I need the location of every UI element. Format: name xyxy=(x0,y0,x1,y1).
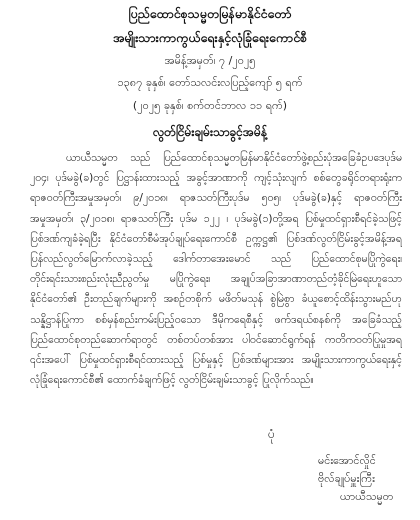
notification-number: အမိန့်အမှတ်၊ ၇ /၂၀၂၅ xyxy=(0,54,420,70)
body-line: တိုင်းရင်းသားစည်းလုံးညီညွတ်မှု မပြိုကွဲရ… xyxy=(30,269,402,289)
date-myanmar: ၁၃၈၇ ခုနှစ်၊ တော်သလင်းလပြည့်ကျော် ၅ ရက် xyxy=(0,76,420,92)
body-line: အမှုအမှတ်၊ ၃/၂၀၁၈၊ ရာဇသတ်ကြီး ပုဒ်မ ၁၂၂ … xyxy=(30,209,402,229)
body-line: ၂၀၄၊ ပုဒ်မခွဲ(ခ)တွင် ပြဋ္ဌာန်းထားသည့် အခ… xyxy=(30,168,402,188)
document-subject: လွတ်ငြိမ်းချမ်းသာခွင့်အမိန့် xyxy=(0,124,420,142)
body-line: ပြစ်ဒဏ်ကျခံခဲ့ရပြီး နိုင်ငံတော်စီမံအုပ်ခ… xyxy=(30,229,402,249)
signatory-title: ယာယီသမ္မတ xyxy=(340,490,394,506)
date-gregorian: (၂၀၂၅ ခုနှစ်၊ စက်တင်ဘာလ ၁၁ ရက်) xyxy=(0,99,420,115)
body-line: ပြည်ထောင်စုတည်ဆောက်ရာတွင် တစ်တပ်တစ်အား ပ… xyxy=(30,330,402,350)
signatory-name: မင်းအောင်လှိုင် xyxy=(318,454,376,470)
body-line: နိုင်ငံတော်၏ ဦးတည်ချက်များကို အစဉ်တစိုက်… xyxy=(30,289,402,309)
council-heading: အမျိုးသားကာကွယ်ရေးနှင့်လုံခြုံရေးကောင်စီ xyxy=(0,30,420,49)
document-page: ပြည်ထောင်စုသမ္မတမြန်မာနိုင်ငံတော် အမျိုး… xyxy=(0,0,420,520)
body-line: လုံခြုံရေးကောင်စီ၏ ထောက်ခံချက်ဖြင့် လွတ်… xyxy=(30,370,402,390)
body-line: သန္နိဋ္ဌာန်ပြုကာ စစ်မှန်စည်းကမ်းပြည့်ဝသေ… xyxy=(30,310,402,330)
body-line: ရာဇဝတ်ကြီးအမှုအမှတ်၊ ၉/၂၀၁၈၊ ရာဇသတ်ကြီးပ… xyxy=(30,188,402,208)
signatory-rank: ဗိုလ်ချုပ်မှူးကြီး xyxy=(318,472,375,488)
body-line: ယာယီသမ္မတ သည် ပြည်ထောင်စုသမ္မတမြန်မာနိုင… xyxy=(30,148,402,168)
seal-mark: ပုံ xyxy=(268,426,275,444)
body-line: ၎င်းအပေါ် ပြစ်မှုထင်ရှားစီရင်ထားသည့် ပြစ… xyxy=(30,350,402,370)
ministry-heading: ပြည်ထောင်စုသမ္မတမြန်မာနိုင်ငံတော် xyxy=(0,6,420,25)
body-line: ပြန်လည်လွတ်မြောက်လာခဲ့သည့် ဒေါက်တာအေးမော… xyxy=(30,249,402,269)
body-paragraph: ယာယီသမ္မတ သည် ပြည်ထောင်စုသမ္မတမြန်မာနိုင… xyxy=(30,148,402,390)
